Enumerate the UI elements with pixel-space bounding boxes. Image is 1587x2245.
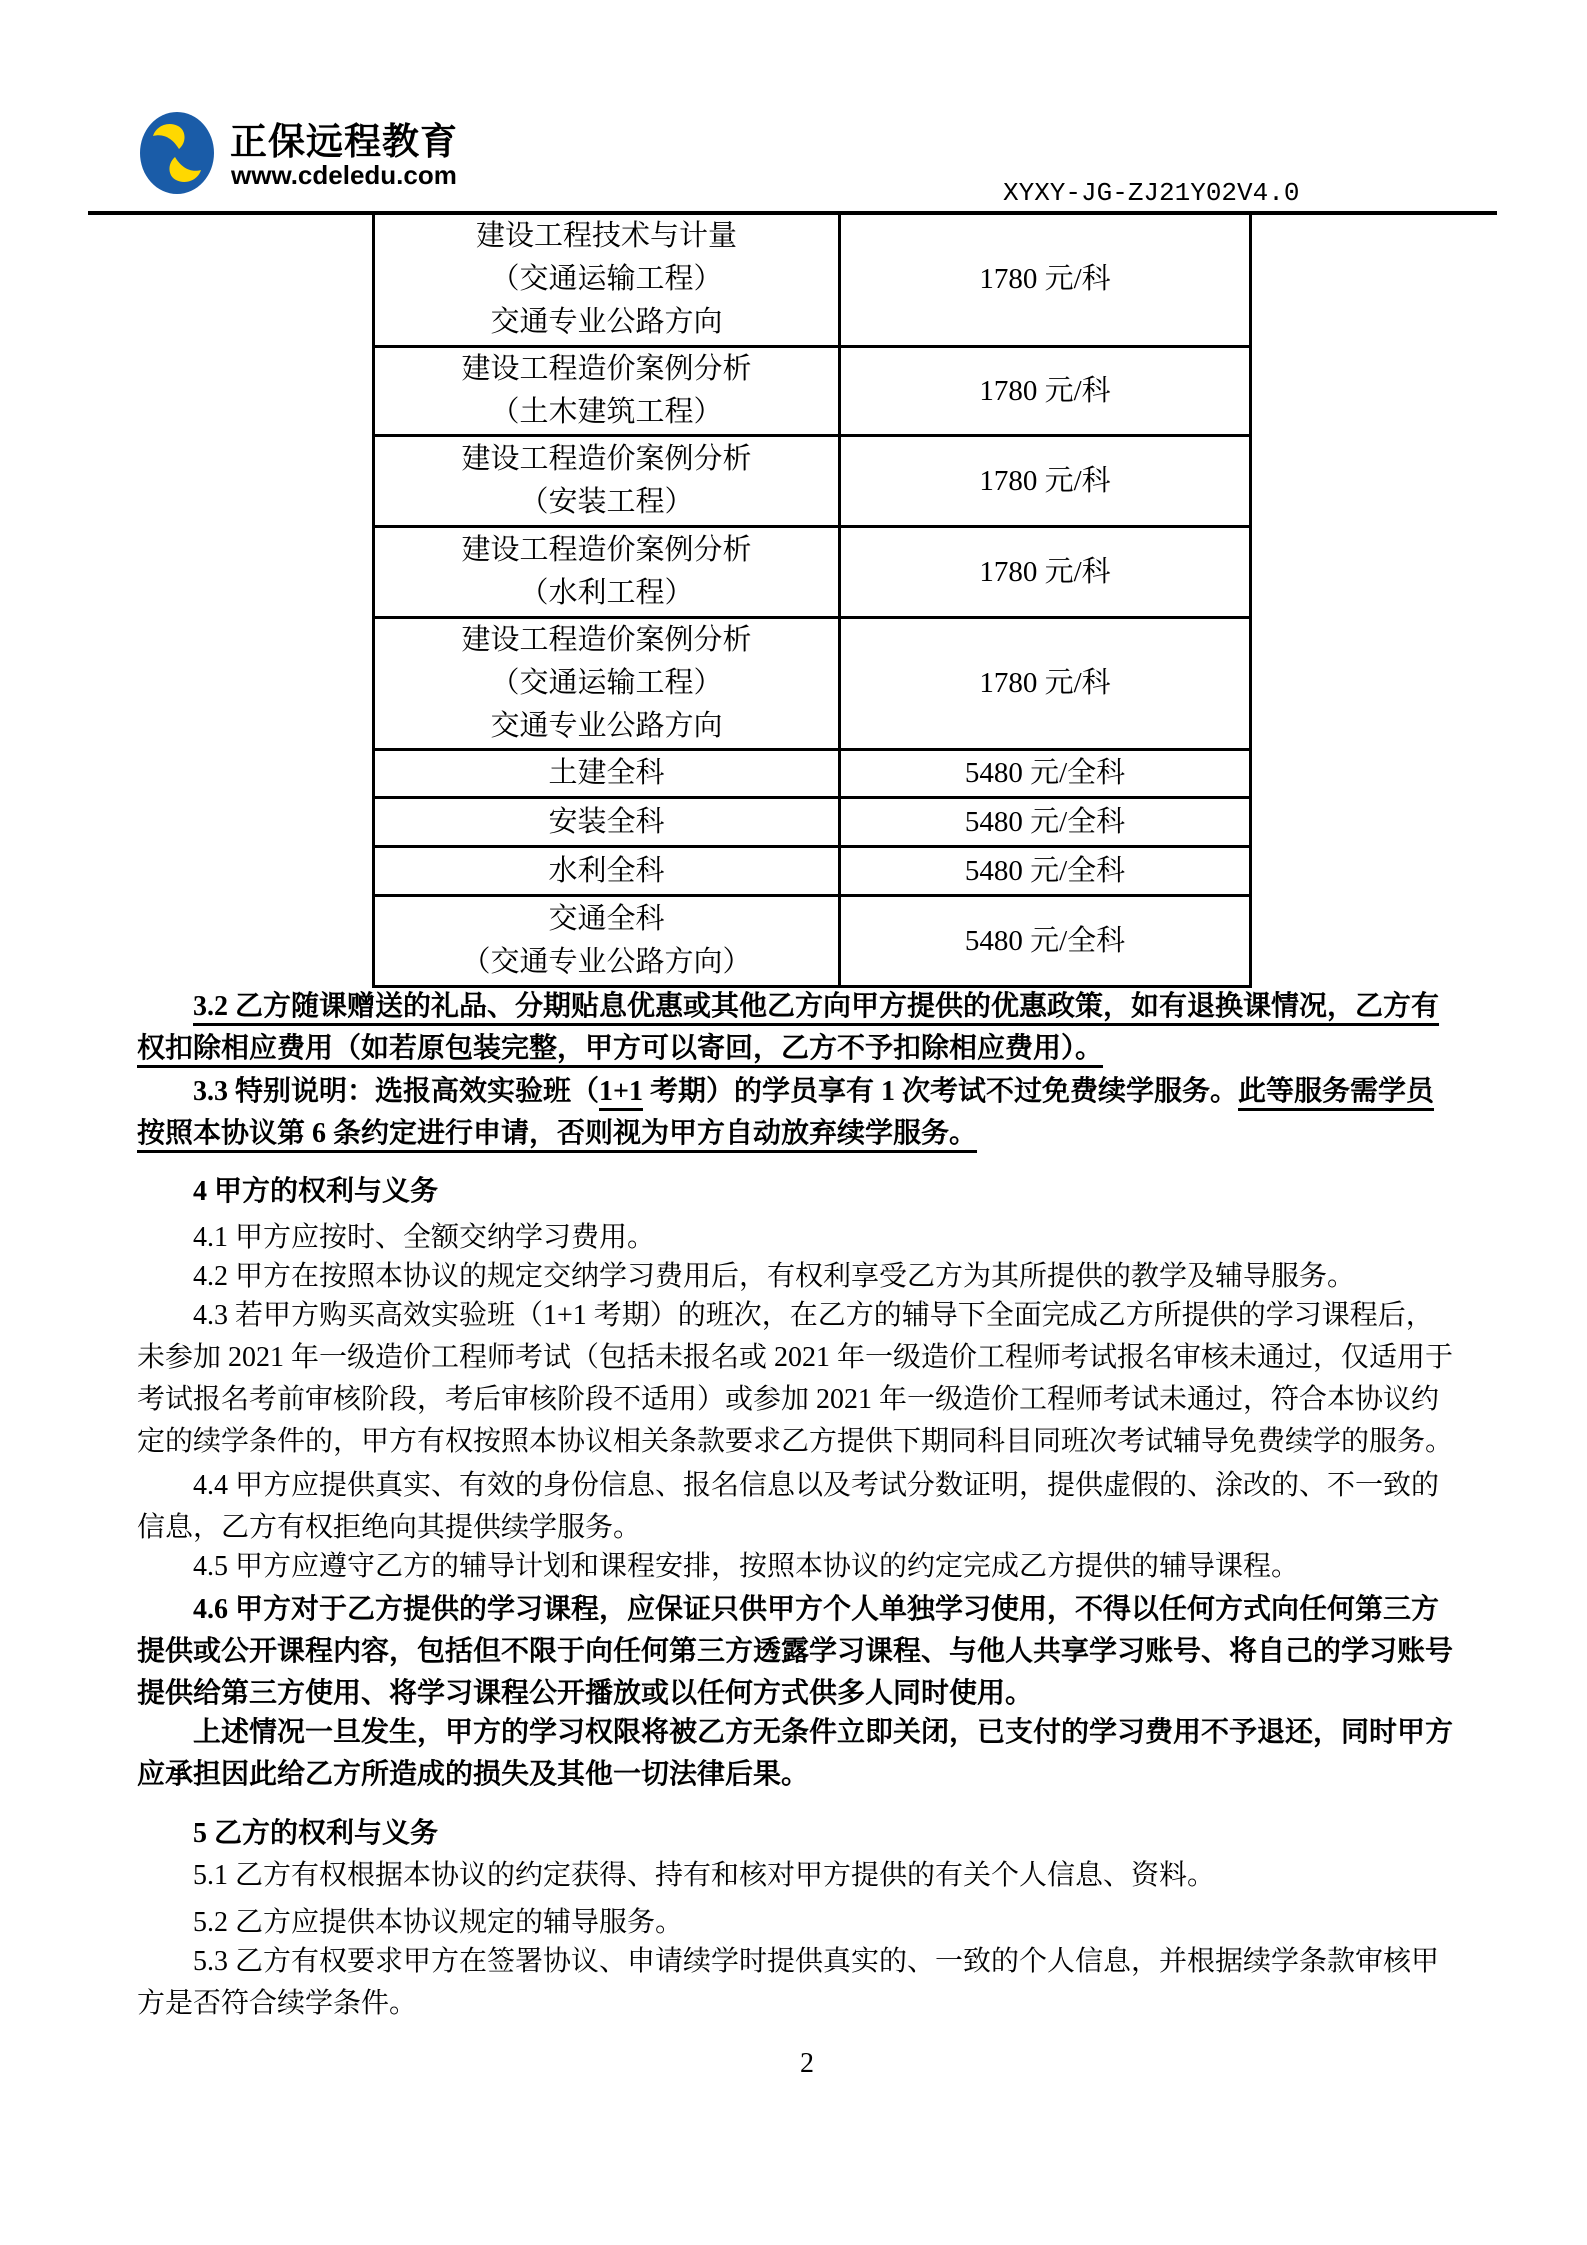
course-cell: 建设工程造价案例分析 （安装工程） <box>374 436 840 527</box>
course-cell: 建设工程造价案例分析 （水利工程） <box>374 527 840 618</box>
clause-4-3: 4.3 若甲方购买高效实验班（1+1 考期）的班次，在乙方的辅导下全面完成乙方所… <box>137 1295 1477 1463</box>
price-cell: 5480 元/全科 <box>840 750 1251 798</box>
brand-name: 正保远程教育 <box>230 122 458 162</box>
pricing-table: 建设工程技术与计量 （交通运输工程） 交通专业公路方向 1780 元/科 建设工… <box>372 211 1252 988</box>
table-row: 建设工程造价案例分析 （交通运输工程） 交通专业公路方向 1780 元/科 <box>374 618 1251 750</box>
clause-3-3-text: 考期）的学员享有 1 次考试不过免费续学服务。 <box>643 1076 1238 1107</box>
price-cell: 5480 元/全科 <box>840 798 1251 847</box>
clause-4-4: 4.4 甲方应提供真实、有效的身份信息、报名信息以及考试分数证明，提供虚假的、涂… <box>137 1465 1477 1549</box>
brand-logo <box>140 112 214 194</box>
course-cell: 安装全科 <box>374 798 840 847</box>
clause-3-2: 3.2 乙方随课赠送的礼品、分期贴息优惠或其他乙方向甲方提供的优惠政策，如有退换… <box>137 986 1477 1070</box>
course-cell: 交通全科 （交通专业公路方向） <box>374 896 840 987</box>
price-cell: 5480 元/全科 <box>840 896 1251 987</box>
page-number: 2 <box>137 2048 1477 2080</box>
clause-3-3-text: 3.3 特别说明：选报高效实验班（ <box>193 1076 599 1107</box>
course-cell: 建设工程造价案例分析 （交通运输工程） 交通专业公路方向 <box>374 618 840 750</box>
brand-website: www.cdeledu.com <box>231 161 457 189</box>
price-cell: 1780 元/科 <box>840 618 1251 750</box>
table-row: 安装全科 5480 元/全科 <box>374 798 1251 847</box>
table-row: 水利全科 5480 元/全科 <box>374 847 1251 896</box>
clause-5-1: 5.1 乙方有权根据本协议的约定获得、持有和核对甲方提供的有关个人信息、资料。 <box>137 1855 1477 1897</box>
document-code: XYXY-JG-ZJ21Y02V4.0 <box>1003 178 1299 208</box>
price-cell: 1780 元/科 <box>840 527 1251 618</box>
clause-4-5: 4.5 甲方应遵守乙方的辅导计划和课程安排，按照本协议的约定完成乙方提供的辅导课… <box>137 1546 1477 1588</box>
table-row: 建设工程造价案例分析 （土木建筑工程） 1780 元/科 <box>374 347 1251 436</box>
clause-5-2: 5.2 乙方应提供本协议规定的辅导服务。 <box>137 1902 1477 1944</box>
course-cell: 建设工程技术与计量 （交通运输工程） 交通专业公路方向 <box>374 213 840 347</box>
price-cell: 1780 元/科 <box>840 213 1251 347</box>
section-5-heading: 5 乙方的权利与义务 <box>137 1813 1477 1855</box>
clause-3-3: 3.3 特别说明：选报高效实验班（1+1 考期）的学员享有 1 次考试不过免费续… <box>137 1071 1477 1155</box>
price-cell: 1780 元/科 <box>840 347 1251 436</box>
contract-page: 正保远程教育 www.cdeledu.com XYXY-JG-ZJ21Y02V4… <box>0 0 1587 2245</box>
section-4-heading: 4 甲方的权利与义务 <box>137 1171 1477 1213</box>
table-row: 建设工程造价案例分析 （安装工程） 1780 元/科 <box>374 436 1251 527</box>
course-cell: 建设工程造价案例分析 （土木建筑工程） <box>374 347 840 436</box>
course-cell: 水利全科 <box>374 847 840 896</box>
table-row: 土建全科 5480 元/全科 <box>374 750 1251 798</box>
clause-4-6: 4.6 甲方对于乙方提供的学习课程，应保证只供甲方个人单独学习使用，不得以任何方… <box>137 1589 1477 1715</box>
logo-swirl-icon <box>140 112 214 194</box>
price-cell: 1780 元/科 <box>840 436 1251 527</box>
clause-4-1: 4.1 甲方应按时、全额交纳学习费用。 <box>137 1217 1477 1259</box>
clause-4-2: 4.2 甲方在按照本协议的规定交纳学习费用后，有权利享受乙方为其所提供的教学及辅… <box>137 1256 1477 1298</box>
clause-5-3: 5.3 乙方有权要求甲方在签署协议、申请续学时提供真实的、一致的个人信息，并根据… <box>137 1941 1477 2025</box>
course-cell: 土建全科 <box>374 750 840 798</box>
table-row: 建设工程技术与计量 （交通运输工程） 交通专业公路方向 1780 元/科 <box>374 213 1251 347</box>
table-row: 交通全科 （交通专业公路方向） 5480 元/全科 <box>374 896 1251 987</box>
clause-4-6-consequence: 上述情况一旦发生，甲方的学习权限将被乙方无条件立即关闭，已支付的学习费用不予退还… <box>137 1712 1477 1796</box>
table-row: 建设工程造价案例分析 （水利工程） 1780 元/科 <box>374 527 1251 618</box>
clause-3-3-underlined-term: 1+1 <box>599 1076 643 1107</box>
price-cell: 5480 元/全科 <box>840 847 1251 896</box>
